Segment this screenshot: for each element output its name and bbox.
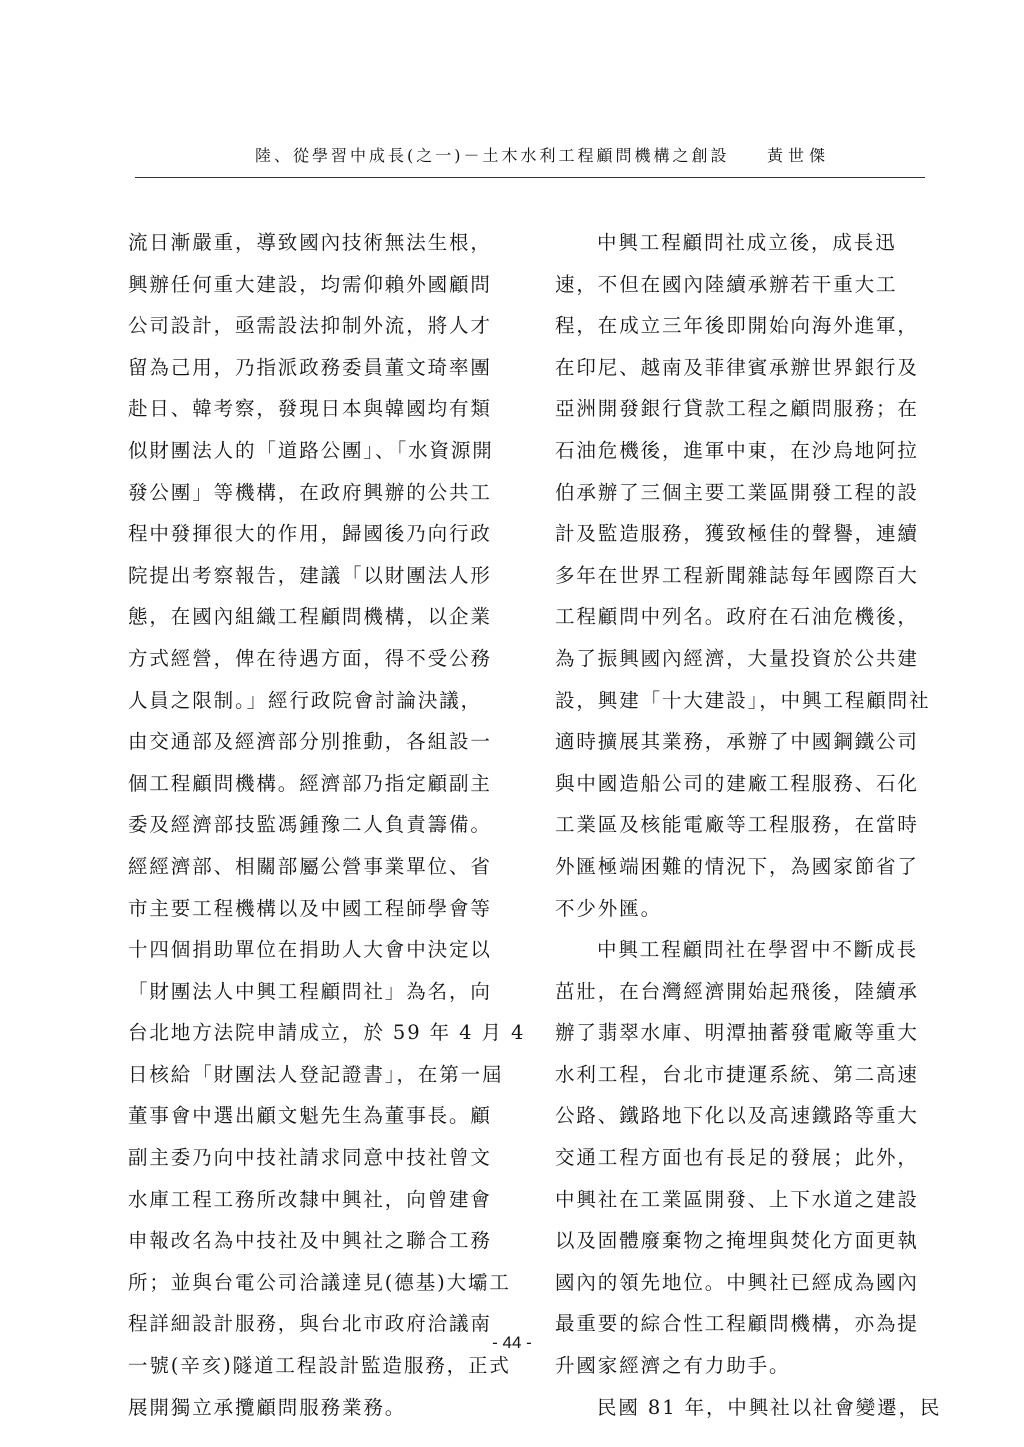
text-line: 外匯極端困難的情況下，為國家節省了 — [555, 846, 935, 888]
text-line: 興辦任何重大建設，均需仰賴外國顧問 — [128, 264, 508, 306]
text-line: 伯承辦了三個主要工業區開發工程的設 — [555, 472, 935, 514]
text-line: 委及經濟部技監馮鍾豫二人負責籌備。 — [128, 804, 508, 846]
text-line: 申報改名為中技社及中興社之聯合工務 — [128, 1220, 508, 1262]
text-line: 茁壯，在台灣經濟開始起飛後，陸續承 — [555, 971, 935, 1013]
text-line: 由交通部及經濟部分別推動，各組設一 — [128, 721, 508, 763]
text-line: 個工程顧問機構。經濟部乃指定顧副主 — [128, 763, 508, 805]
text-line: 以及固體廢棄物之掩埋與焚化方面更執 — [555, 1220, 935, 1262]
text-line: 赴日、韓考察，發現日本與韓國均有類 — [128, 388, 508, 430]
text-line: 交通工程方面也有長足的發展；此外， — [555, 1137, 935, 1179]
text-line: 市主要工程機構以及中國工程師學會等 — [128, 888, 508, 930]
left-column: 流日漸嚴重，導致國內技術無法生根，興辦任何重大建設，均需仰賴外國顧問公司設計，亟… — [128, 222, 508, 1428]
text-line: 不少外匯。 — [555, 888, 935, 930]
text-line: 速，不但在國內陸續承辦若干重大工 — [555, 264, 935, 306]
text-line: 中興工程顧問社成立後，成長迅 — [555, 222, 935, 264]
text-line: 水利工程，台北市捷運系統、第二高速 — [555, 1054, 935, 1096]
text-line: 為了振興國內經濟，大量投資於公共建 — [555, 638, 935, 680]
text-line: 多年在世界工程新聞雜誌每年國際百大 — [555, 555, 935, 597]
text-line: 亞洲開發銀行貸款工程之顧問服務；在 — [555, 388, 935, 430]
text-line: 方式經營，俾在待遇方面，得不受公務 — [128, 638, 508, 680]
text-line: 公路、鐵路地下化以及高速鐵路等重大 — [555, 1095, 935, 1137]
text-line: 似財團法人的「道路公團」、「水資源開 — [128, 430, 508, 472]
text-line: 流日漸嚴重，導致國內技術無法生根， — [128, 222, 508, 264]
text-line: 留為己用，乃指派政務委員董文琦率團 — [128, 347, 508, 389]
text-line: 發公團」等機構，在政府興辦的公共工 — [128, 472, 508, 514]
text-line: 設，興建「十大建設」，中興工程顧問社 — [555, 680, 935, 722]
text-line: 「財團法人中興工程顧問社」為名，向 — [128, 971, 508, 1013]
text-line: 公司設計，亟需設法抑制外流，將人才 — [128, 305, 508, 347]
text-line: 工程顧問中列名。政府在石油危機後， — [555, 596, 935, 638]
text-line: 水庫工程工務所改隸中興社，向曾建會 — [128, 1179, 508, 1221]
text-line: 程，在成立三年後即開始向海外進軍， — [555, 305, 935, 347]
text-line: 日核給「財團法人登記證書」，在第一屆 — [128, 1054, 508, 1096]
text-line: 人員之限制。」經行政院會討論決議， — [128, 680, 508, 722]
text-line: 副主委乃向中技社請求同意中技社曾文 — [128, 1137, 508, 1179]
text-line: 在印尼、越南及菲律賓承辦世界銀行及 — [555, 347, 935, 389]
header-rule — [135, 177, 925, 178]
text-line: 國內的領先地位。中興社已經成為國內 — [555, 1262, 935, 1304]
text-line: 董事會中選出顧文魁先生為董事長。顧 — [128, 1095, 508, 1137]
text-line: 所；並與台電公司洽議達見(德基)大壩工 — [128, 1262, 508, 1304]
text-line: 適時擴展其業務，承辦了中國鋼鐵公司 — [555, 721, 935, 763]
text-line: 十四個捐助單位在捐助人大會中決定以 — [128, 929, 508, 971]
text-line: 辦了翡翠水庫、明潭抽蓄發電廠等重大 — [555, 1012, 935, 1054]
text-line: 院提出考察報告，建議「以財團法人形 — [128, 555, 508, 597]
text-line: 民國 81 年，中興社以社會變遷，民 — [555, 1387, 935, 1429]
author-name: 黃世傑 — [767, 143, 830, 166]
right-column: 中興工程顧問社成立後，成長迅速，不但在國內陸續承辦若干重大工程，在成立三年後即開… — [555, 222, 935, 1428]
text-line: 經經濟部、相關部屬公營事業單位、省 — [128, 846, 508, 888]
text-line: 程中發揮很大的作用，歸國後乃向行政 — [128, 513, 508, 555]
chapter-title: 陸、從學習中成長(之一)－土木水利工程顧問機構之創設 — [255, 143, 730, 166]
text-line: 工業區及核能電廠等工程服務，在當時 — [555, 804, 935, 846]
running-header: 陸、從學習中成長(之一)－土木水利工程顧問機構之創設 黃世傑 — [135, 143, 925, 167]
text-line: 台北地方法院申請成立，於 59 年 4 月 4 — [128, 1012, 508, 1054]
text-line: 與中國造船公司的建廠工程服務、石化 — [555, 763, 935, 805]
text-line: 石油危機後，進軍中東，在沙烏地阿拉 — [555, 430, 935, 472]
text-line: 計及監造服務，獲致極佳的聲譽，連續 — [555, 513, 935, 555]
text-line: 態，在國內組織工程顧問機構，以企業 — [128, 596, 508, 638]
text-line: 中興工程顧問社在學習中不斷成長 — [555, 929, 935, 971]
text-line: 中興社在工業區開發、上下水道之建設 — [555, 1179, 935, 1221]
page-number: - 44 - — [0, 1333, 1024, 1353]
text-line: 展開獨立承攬顧問服務業務。 — [128, 1387, 508, 1429]
